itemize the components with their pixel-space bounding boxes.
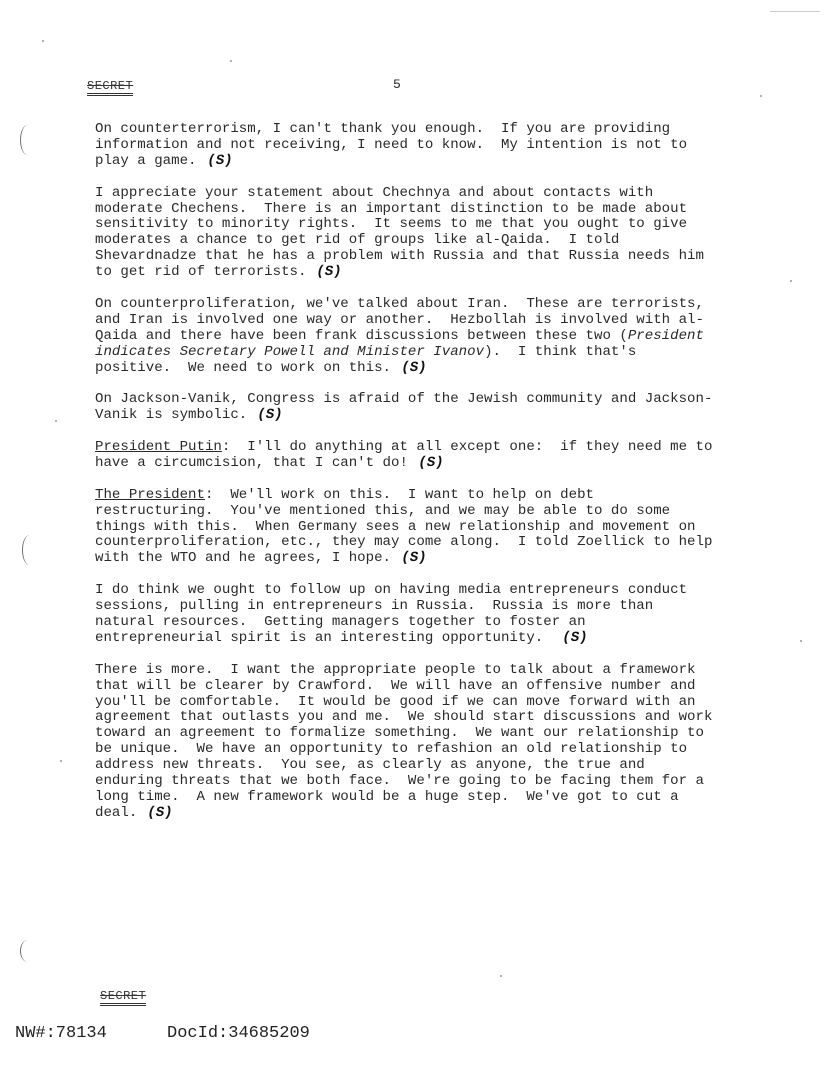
- paragraph-text: I do think we ought to follow up on havi…: [95, 582, 696, 646]
- paragraph-jackson-vanik: On Jackson-Vanik, Congress is afraid of …: [95, 392, 715, 424]
- classification-marking: (S): [400, 361, 428, 377]
- page-number: 5: [393, 77, 401, 92]
- scan-speck: [500, 975, 502, 977]
- classification-marking: (S): [146, 806, 174, 822]
- paragraph-counterproliferation: On counterproliferation, we've talked ab…: [95, 297, 715, 377]
- scan-speck: [60, 760, 62, 762]
- paragraph-putin: President Putin: I'll do anything at all…: [95, 440, 715, 472]
- document-page: SECRET 5 On counterterrorism, I can't th…: [0, 0, 828, 1072]
- classification-marking: (S): [560, 631, 588, 647]
- speaker-label: President Putin: [95, 439, 222, 455]
- paragraph-text: On counterterrorism, I can't thank you e…: [95, 121, 696, 169]
- paragraph-chechnya: I appreciate your statement about Chechn…: [95, 186, 715, 281]
- margin-bracket-mark: [22, 535, 37, 565]
- paragraph-framework: There is more. I want the appropriate pe…: [95, 663, 715, 822]
- scan-speck: [790, 280, 792, 282]
- document-identifier-footer: NW#:78134 DocId:34685209: [15, 1024, 360, 1043]
- scan-speck: [42, 40, 44, 42]
- scan-speck: [55, 420, 57, 422]
- paragraph-text: On counterproliferation, we've talked ab…: [95, 296, 712, 344]
- speaker-label: The President: [95, 487, 205, 503]
- scan-artifact-line: [770, 11, 820, 12]
- paragraph-text: I appreciate your statement about Chechn…: [95, 185, 712, 281]
- classification-marking: (S): [400, 551, 428, 567]
- paragraph-text: There is more. I want the appropriate pe…: [95, 662, 721, 821]
- scan-speck: [760, 95, 762, 97]
- paragraph-president: The President: We'll work on this. I wan…: [95, 488, 715, 568]
- margin-bracket-mark: [20, 125, 35, 155]
- margin-bracket-mark: [20, 940, 35, 962]
- classification-marking: (S): [315, 265, 343, 281]
- classification-marking: (S): [256, 408, 284, 424]
- classification-header: SECRET: [87, 80, 133, 96]
- document-body: On counterterrorism, I can't thank you e…: [95, 122, 715, 838]
- nw-number: NW#:78134: [15, 1024, 107, 1043]
- classification-footer: SECRET: [100, 990, 146, 1006]
- doc-id: DocId:34685209: [167, 1024, 310, 1043]
- paragraph-counterterrorism: On counterterrorism, I can't thank you e…: [95, 122, 715, 170]
- classification-marking: (S): [205, 154, 233, 170]
- classification-marking: (S): [417, 456, 445, 472]
- paragraph-entrepreneurs: I do think we ought to follow up on havi…: [95, 583, 715, 647]
- paragraph-text: On Jackson-Vanik, Congress is afraid of …: [95, 391, 712, 423]
- scan-speck: [230, 60, 232, 62]
- scan-speck: [800, 640, 802, 642]
